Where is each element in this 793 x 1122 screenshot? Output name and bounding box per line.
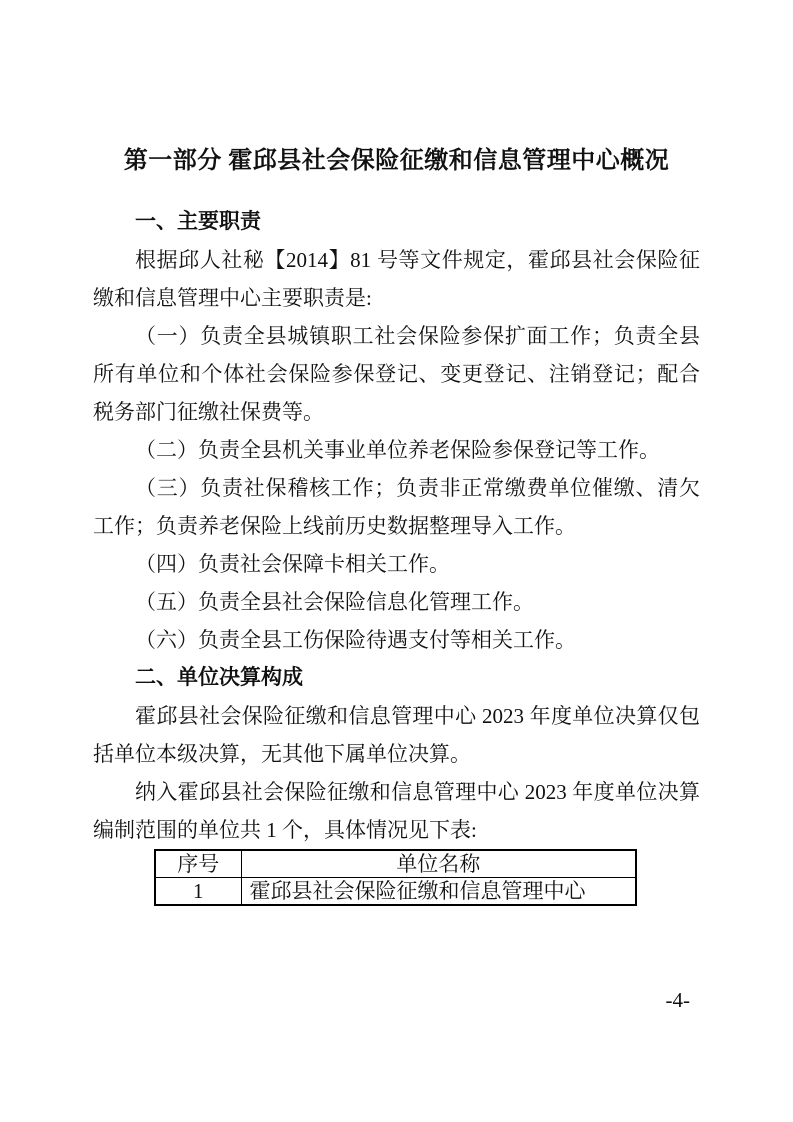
section-heading-unit-accounts: 二、单位决算构成 [93, 659, 700, 697]
table-header-unit-name: 单位名称 [241, 850, 636, 878]
paragraph: （三）负责社保稽核工作；负责非正常缴费单位催缴、清欠工作；负责养老保险上线前历史… [93, 469, 700, 545]
paragraph: 纳入霍邱县社会保险征缴和信息管理中心 2023 年度单位决算编制范围的单位共 1… [93, 773, 700, 849]
page-number: -4- [666, 986, 691, 1014]
units-table: 序号 单位名称 1 霍邱县社会保险征缴和信息管理中心 [154, 849, 637, 906]
paragraph: （二）负责全县机关事业单位养老保险参保登记等工作。 [93, 431, 700, 469]
table-row: 1 霍邱县社会保险征缴和信息管理中心 [155, 878, 636, 906]
document-title: 第一部分 霍邱县社会保险征缴和信息管理中心概况 [93, 145, 700, 177]
section-heading-main-duties: 一、主要职责 [93, 203, 700, 241]
table-header-index: 序号 [155, 850, 241, 878]
cell-unit-name: 霍邱县社会保险征缴和信息管理中心 [241, 878, 636, 906]
document-content: 第一部分 霍邱县社会保险征缴和信息管理中心概况 一、主要职责 根据邱人社秘【20… [93, 0, 700, 906]
paragraph: （六）负责全县工伤保险待遇支付等相关工作。 [93, 621, 700, 659]
cell-index: 1 [155, 878, 241, 906]
paragraph: 根据邱人社秘【2014】81 号等文件规定，霍邱县社会保险征缴和信息管理中心主要… [93, 241, 700, 317]
paragraph: （四）负责社会保障卡相关工作。 [93, 545, 700, 583]
paragraph: （五）负责全县社会保险信息化管理工作。 [93, 583, 700, 621]
table-header-row: 序号 单位名称 [155, 850, 636, 878]
paragraph: （一）负责全县城镇职工社会保险参保扩面工作；负责全县所有单位和个体社会保险参保登… [93, 317, 700, 431]
document-page: 第一部分 霍邱县社会保险征缴和信息管理中心概况 一、主要职责 根据邱人社秘【20… [0, 0, 793, 1122]
paragraph: 霍邱县社会保险征缴和信息管理中心 2023 年度单位决算仅包括单位本级决算，无其… [93, 697, 700, 773]
